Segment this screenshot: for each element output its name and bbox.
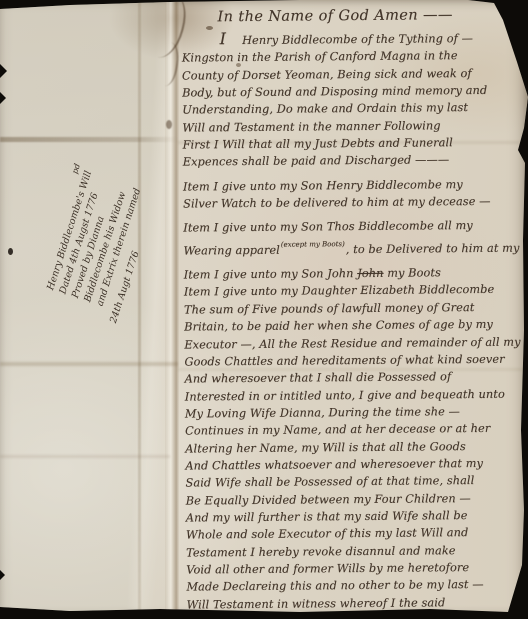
- will-text-run: my Boots: [383, 266, 441, 280]
- will-text-run: Item I give unto my Son John: [184, 267, 358, 282]
- will-text-run: The sum of Five pounds of lawfull money …: [184, 301, 475, 317]
- will-text-run: Void all other and former Wills by me he…: [186, 561, 469, 576]
- will-text-line: Interested in or intitled unto, I give a…: [185, 385, 528, 405]
- will-text-run: And Chattles whatsoever and wheresoever …: [185, 457, 483, 473]
- will-text-run: Wearing apparel: [183, 243, 279, 257]
- will-text-run: Testament I hereby revoke disannul and m…: [186, 544, 456, 559]
- will-heading: In the Name of God Amen ——: [181, 7, 525, 26]
- will-text-run: Item I give unto my Son Henry Biddlecomb…: [183, 178, 463, 193]
- will-text-line: Goods Chattles and hereditaments of what…: [184, 350, 528, 370]
- will-text-run: Item I give unto my Daughter Elizabeth B…: [184, 283, 495, 299]
- will-text-run: County of Dorset Yeoman, Being sick and …: [182, 67, 472, 83]
- will-text-line: Silver Watch to be delivered to him at m…: [183, 193, 527, 213]
- drop-initial: I: [220, 29, 227, 48]
- will-text: In the Name of God Amen —— IHenry Biddle…: [181, 7, 528, 614]
- will-text-line: Continues in my Name, and at her decease…: [185, 420, 528, 440]
- will-text-line: Body, but of Sound and Disposing mind me…: [182, 82, 526, 102]
- will-text-run: Whole and sole Executor of this my last …: [186, 526, 468, 541]
- will-text-run: Item I give unto my Son Thos Biddlecombe…: [183, 219, 473, 235]
- will-text-line: And Chattles whatsoever and wheresoever …: [185, 454, 528, 474]
- photo-backdrop: pdHenry Biddlecombe's WillDated 4th Augs…: [0, 0, 528, 619]
- will-text-line: Expences shall be paid and Discharged ——…: [183, 151, 527, 171]
- will-text-run: Britain, to be paid her when she Comes o…: [184, 318, 493, 334]
- will-text-run: Silver Watch to be delivered to him at m…: [183, 195, 491, 211]
- manuscript-paper: pdHenry Biddlecombe's WillDated 4th Augs…: [0, 0, 528, 619]
- will-text-run: , to be Delivered to him at my decease —: [346, 241, 528, 256]
- struck-word: John: [357, 267, 383, 280]
- will-text-line: Item I give unto my Daughter Elizabeth B…: [184, 281, 528, 301]
- will-text-run: Made Declareing this and no other to be …: [186, 578, 483, 594]
- will-text-run: And wheresoever that I shall die Possess…: [185, 370, 452, 385]
- will-text-run: Will Testament in witness whereof I the …: [187, 596, 446, 611]
- will-text-run: Be Equally Divided between my Four Child…: [186, 492, 471, 507]
- will-text-run: Goods Chattles and hereditaments of what…: [184, 353, 504, 369]
- will-text-run: Said Wife shall be Possessed of at that …: [185, 474, 474, 490]
- will-text-run: Altering her Name, my Will is that all t…: [185, 440, 466, 455]
- will-text-run: Henry Biddlecombe of the Tything of —: [242, 32, 473, 47]
- will-text-run: And my will further is that my said Wife…: [186, 509, 468, 524]
- will-text-run: Continues in my Name, and at her decease…: [185, 422, 490, 438]
- will-text-run: Expences shall be paid and Discharged ——…: [183, 154, 450, 169]
- will-text-line: Will Testament in witness whereof I the …: [186, 593, 528, 613]
- will-text-line: Wearing apparel(except my Boots), to be …: [183, 234, 527, 259]
- will-text-run: Will and Testament in the manner Followi…: [182, 119, 440, 134]
- will-text-run: Interested in or intitled unto, I give a…: [185, 387, 505, 403]
- folded-back-panel: [0, 0, 168, 619]
- will-text-run: Kingston in the Parish of Canford Magna …: [182, 49, 458, 64]
- will-text-run: Executor —, All the Rest Residue and rem…: [184, 335, 520, 351]
- paper-fleck: [8, 248, 13, 255]
- will-text-run: My Loving Wife Dianna, During the time s…: [185, 405, 460, 420]
- interlined-insertion: (except my Boots): [281, 240, 345, 249]
- will-text-run: Understanding, Do make and Ordain this m…: [182, 101, 468, 116]
- will-lines: IHenry Biddlecombe of the Tything of —Ki…: [182, 28, 528, 614]
- will-text-run: First I Will that all my Just Debts and …: [182, 136, 452, 151]
- will-text-run: Body, but of Sound and Disposing mind me…: [182, 84, 487, 100]
- will-text-line: Made Declareing this and no other to be …: [186, 576, 528, 596]
